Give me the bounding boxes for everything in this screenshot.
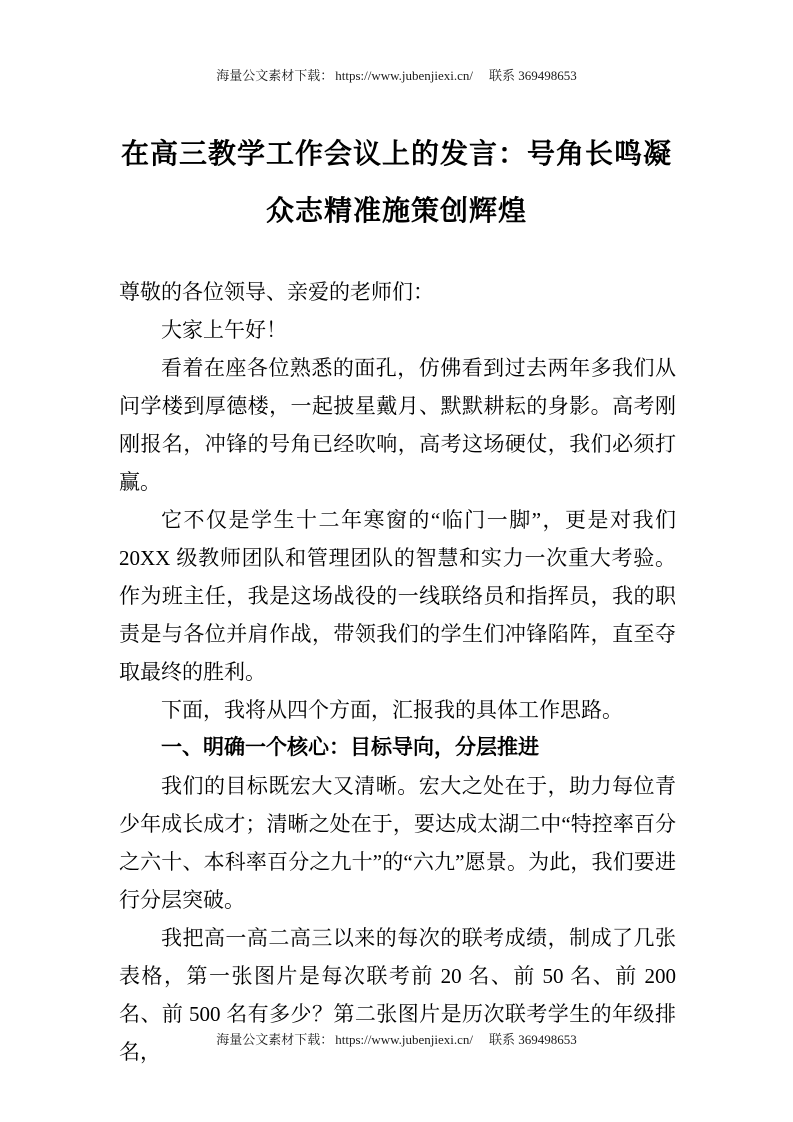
page-header: 海量公文素材下载：https://www.jubenjiexi.cn/联系 36… [0,66,793,86]
salutation-line: 尊敬的各位领导、亲爱的老师们： [119,273,676,311]
header-source-label: 海量公文素材下载： [216,68,333,83]
body-paragraph: 下面，我将从四个方面，汇报我的具体工作思路。 [119,691,676,729]
header-url-link[interactable]: https://www.jubenjiexi.cn/ [335,68,473,83]
footer-url-link[interactable]: https://www.jubenjiexi.cn/ [335,1032,473,1047]
document-page: 海量公文素材下载：https://www.jubenjiexi.cn/联系 36… [0,0,793,1122]
document-title: 在高三教学工作会议上的发言：号角长鸣凝众志精准施策创辉煌 [118,126,675,240]
section-heading: 一、明确一个核心：目标导向，分层推进 [119,729,676,767]
footer-source-label: 海量公文素材下载： [216,1032,333,1047]
greeting-line: 大家上午好！ [119,311,676,349]
body-paragraph: 它不仅是学生十二年寒窗的“临门一脚”，更是对我们 20XX 级教师团队和管理团队… [119,501,676,691]
body-paragraph: 我们的目标既宏大又清晰。宏大之处在于，助力每位青少年成长成才；清晰之处在于，要达… [119,767,676,919]
footer-contact: 联系 369498653 [489,1032,577,1047]
body-paragraph: 看着在座各位熟悉的面孔，仿佛看到过去两年多我们从问学楼到厚德楼，一起披星戴月、默… [119,349,676,501]
page-footer: 海量公文素材下载：https://www.jubenjiexi.cn/联系 36… [0,1030,793,1050]
header-contact: 联系 369498653 [489,68,577,83]
document-body: 尊敬的各位领导、亲爱的老师们： 大家上午好！ 看着在座各位熟悉的面孔，仿佛看到过… [119,273,676,1071]
